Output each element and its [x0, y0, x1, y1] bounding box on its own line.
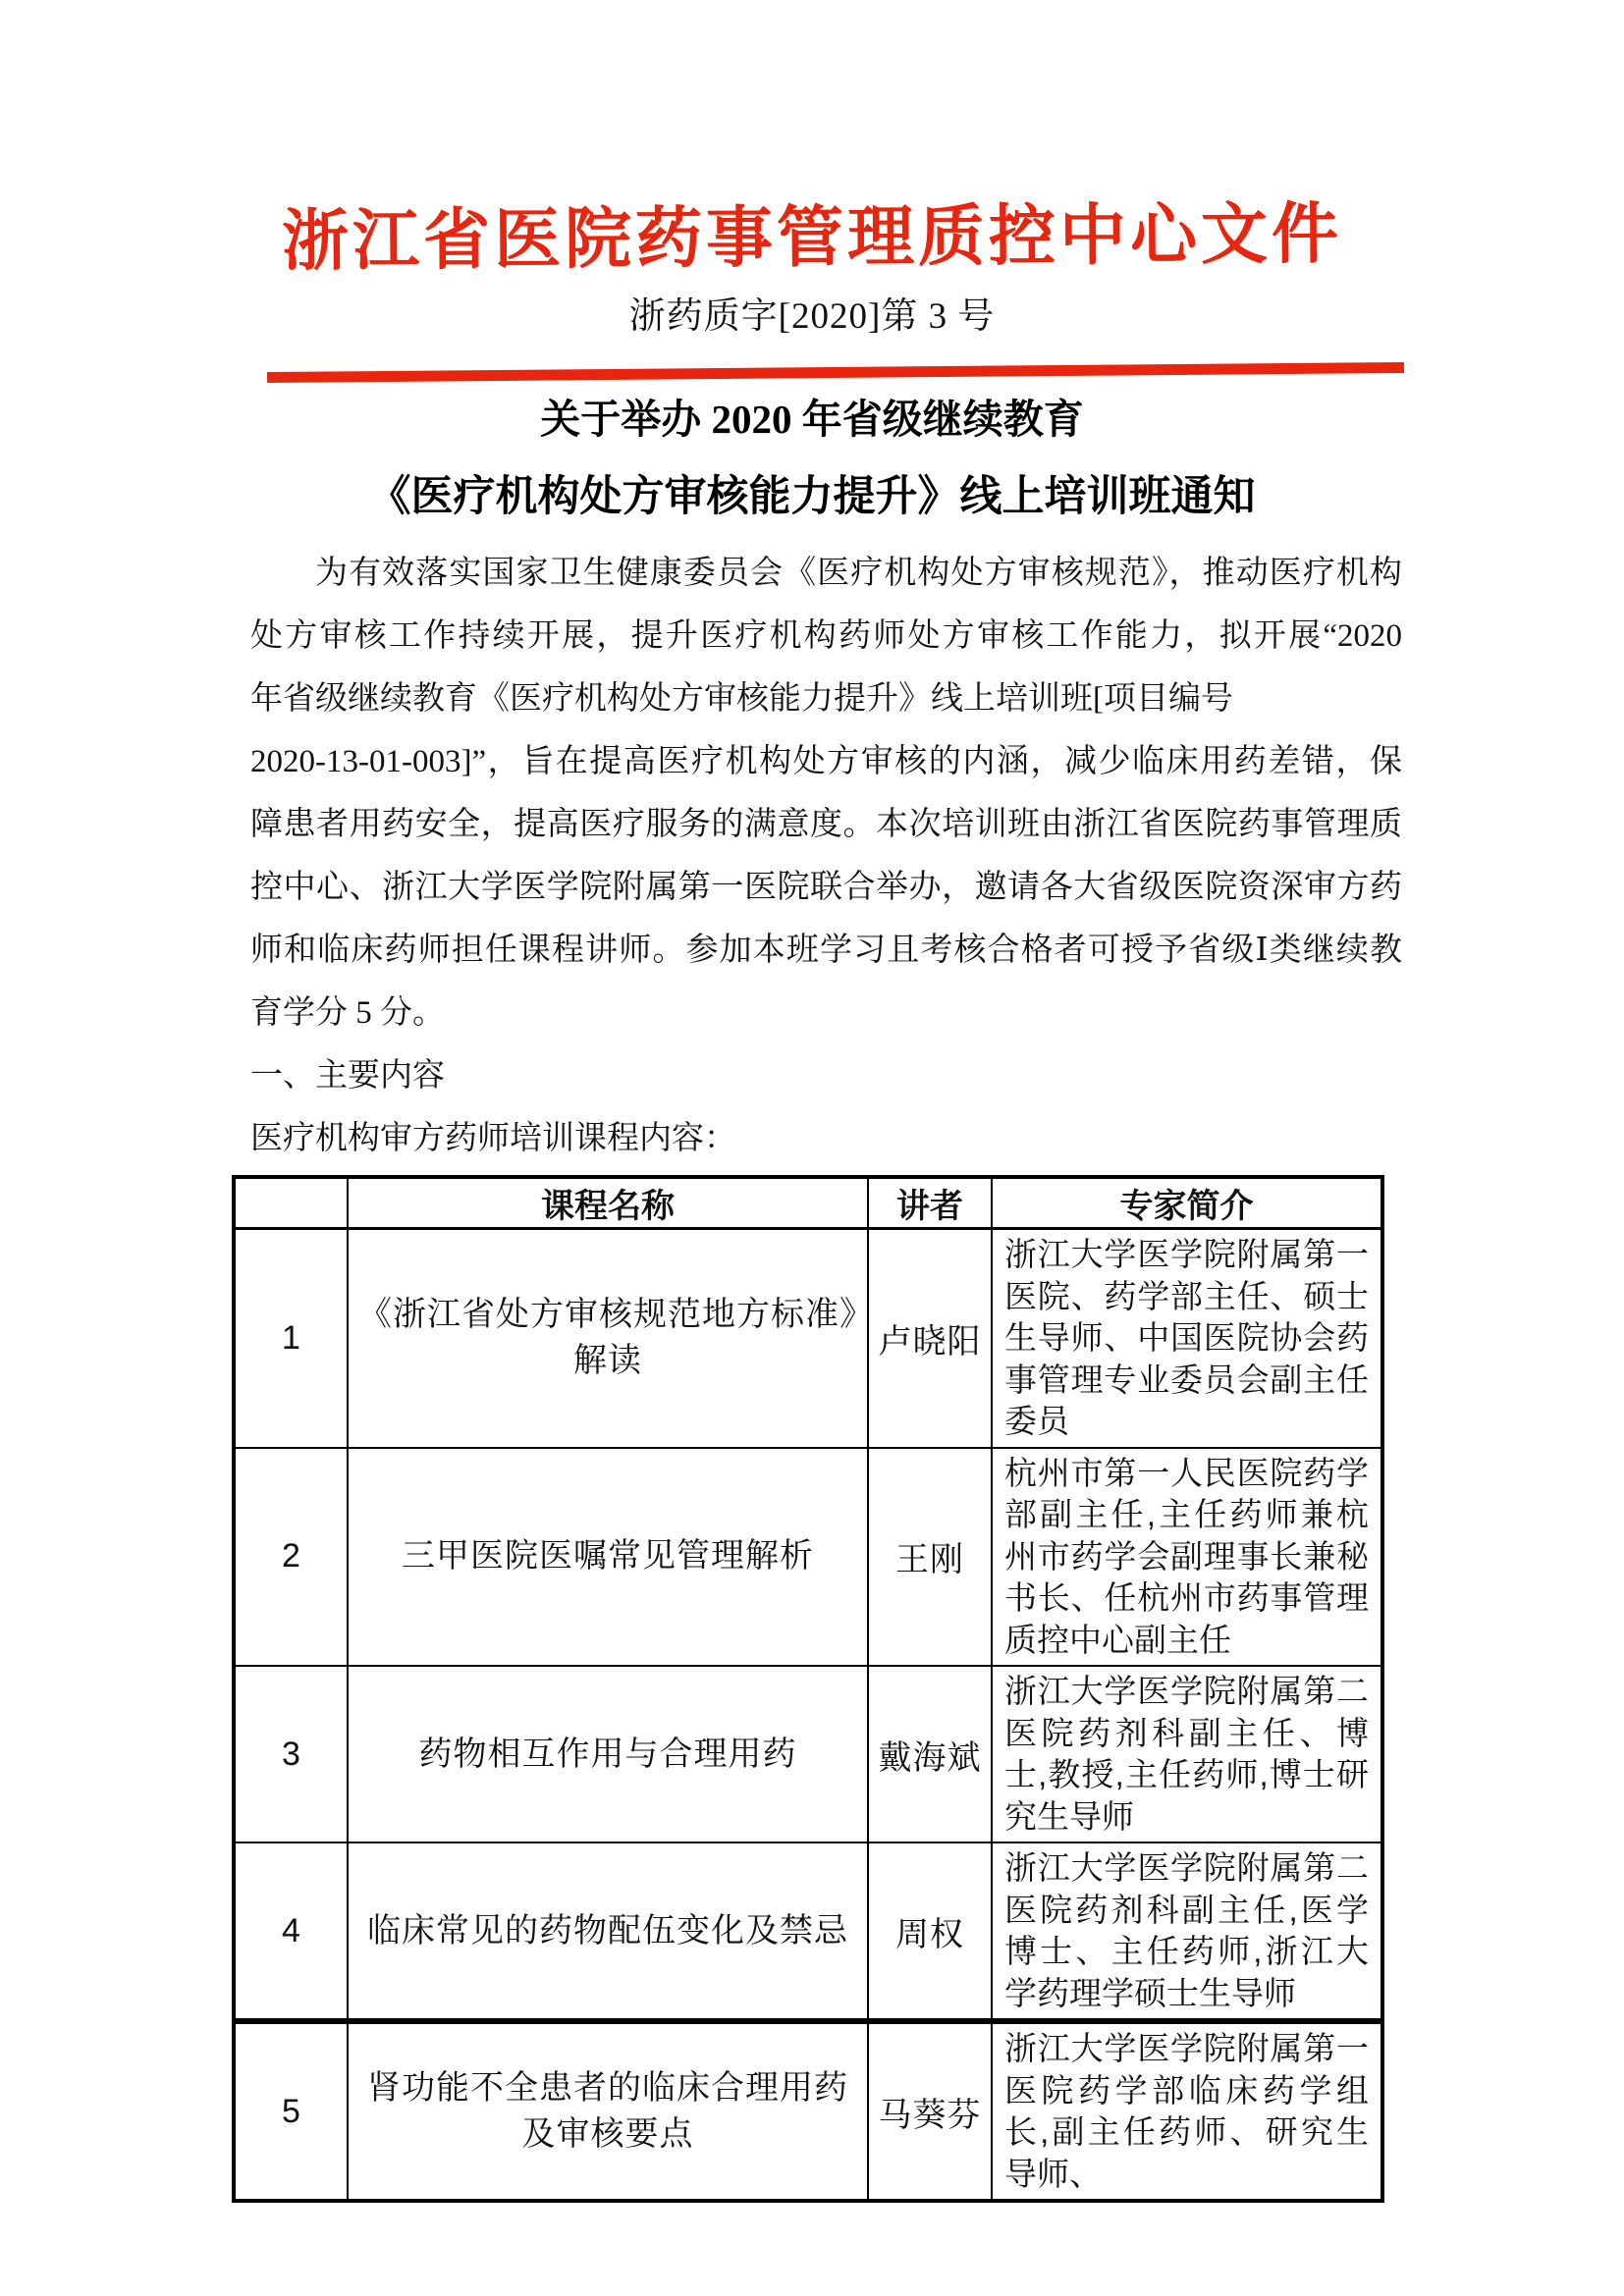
expert-bio: 浙江大学医学院附属第一医院、药学部主任、硕士生导师、中国医院协会药事管理专业委员… — [992, 1229, 1382, 1448]
table-intro: 医疗机构审方药师培训课程内容： — [250, 1107, 1402, 1170]
table-row: 3 药物相互作用与合理用药 戴海斌 浙江大学医学院附属第二医院药剂科副主任、博士… — [234, 1666, 1382, 1842]
body-line: 师和临床药师担任课程讲师。参加本班学习且考核合格者可授予省级Ⅰ类继续教 — [250, 919, 1402, 982]
course-name: 《浙江省处方审核规范地方标准》解读 — [348, 1229, 868, 1448]
table-header-index — [234, 1177, 348, 1229]
course-name: 药物相互作用与合理用药 — [348, 1666, 868, 1842]
row-number: 3 — [234, 1666, 348, 1842]
body-line: 年省级继续教育《医疗机构处方审核能力提升》线上培训班[项目编号 — [250, 667, 1402, 730]
speaker-name: 周权 — [868, 1842, 992, 2021]
doc-number: 浙药质字[2020]第 3 号 — [0, 286, 1624, 339]
body-paragraph: 为有效落实国家卫生健康委员会《医疗机构处方审核规范》，推动医疗机构 处方审核工作… — [250, 542, 1402, 1170]
expert-bio: 杭州市第一人民医院药学部副主任,主任药师兼杭州市药学会副理事长兼秘书长、任杭州市… — [992, 1448, 1382, 1667]
table-header-bio: 专家简介 — [992, 1177, 1382, 1229]
table-row: 1 《浙江省处方审核规范地方标准》解读 卢晓阳 浙江大学医学院附属第一医院、药学… — [234, 1229, 1382, 1448]
expert-bio: 浙江大学医学院附属第二医院药剂科副主任、博士,教授,主任药师,博士研究生导师 — [992, 1666, 1382, 1842]
row-number: 2 — [234, 1448, 348, 1667]
body-line: 为有效落实国家卫生健康委员会《医疗机构处方审核规范》，推动医疗机构 — [250, 542, 1402, 605]
org-title: 浙江省医院药事管理质控中心文件 — [0, 179, 1624, 286]
row-number: 5 — [234, 2021, 348, 2201]
speaker-name: 王刚 — [868, 1448, 992, 1667]
body-line: 处方审核工作持续开展，提升医疗机构药师处方审核工作能力，拟开展“2020 — [250, 605, 1402, 667]
table-row: 4 临床常见的药物配伍变化及禁忌 周权 浙江大学医学院附属第二医院药剂科副主任,… — [234, 1842, 1382, 2021]
expert-bio: 浙江大学医学院附属第二医院药剂科副主任,医学博士、主任药师,浙江大学药理学硕士生… — [992, 1842, 1382, 2021]
body-line: 2020-13-01-003]”，旨在提高医疗机构处方审核的内涵，减少临床用药差… — [250, 730, 1402, 793]
body-line: 育学分 5 分。 — [250, 982, 1402, 1044]
course-name: 三甲医院医嘱常见管理解析 — [348, 1448, 868, 1667]
course-name: 临床常见的药物配伍变化及禁忌 — [348, 1842, 868, 2021]
table-header-speaker: 讲者 — [868, 1177, 992, 1229]
document-page: 浙江省医院药事管理质控中心文件 浙药质字[2020]第 3 号 关于举办 202… — [0, 0, 1624, 2296]
red-divider — [267, 362, 1404, 383]
subject-line-2: 《医疗机构处方审核能力提升》线上培训班通知 — [0, 463, 1624, 523]
subject-line-1: 关于举办 2020 年省级继续教育 — [0, 387, 1624, 445]
row-number: 4 — [234, 1842, 348, 2021]
table-header-course: 课程名称 — [348, 1177, 868, 1229]
expert-bio: 浙江大学医学院附属第一医院药学部临床药学组长,副主任药师、研究生导师、 — [992, 2021, 1382, 2201]
table-row: 2 三甲医院医嘱常见管理解析 王刚 杭州市第一人民医院药学部副主任,主任药师兼杭… — [234, 1448, 1382, 1667]
body-line: 控中心、浙江大学医学院附属第一医院联合举办，邀请各大省级医院资深审方药 — [250, 856, 1402, 919]
section-heading: 一、主要内容 — [250, 1044, 1402, 1107]
speaker-name: 卢晓阳 — [868, 1229, 992, 1448]
course-name: 肾功能不全患者的临床合理用药及审核要点 — [348, 2021, 868, 2201]
speaker-name: 戴海斌 — [868, 1666, 992, 1842]
table-header-row: 课程名称 讲者 专家简介 — [234, 1177, 1382, 1229]
table-row: 5 肾功能不全患者的临床合理用药及审核要点 马葵芬 浙江大学医学院附属第一医院药… — [234, 2021, 1382, 2201]
row-number: 1 — [234, 1229, 348, 1448]
speaker-name: 马葵芬 — [868, 2021, 992, 2201]
course-table: 课程名称 讲者 专家简介 1 《浙江省处方审核规范地方标准》解读 卢晓阳 浙江大… — [232, 1175, 1384, 2203]
body-line: 障患者用药安全，提高医疗服务的满意度。本次培训班由浙江省医院药事管理质 — [250, 793, 1402, 856]
